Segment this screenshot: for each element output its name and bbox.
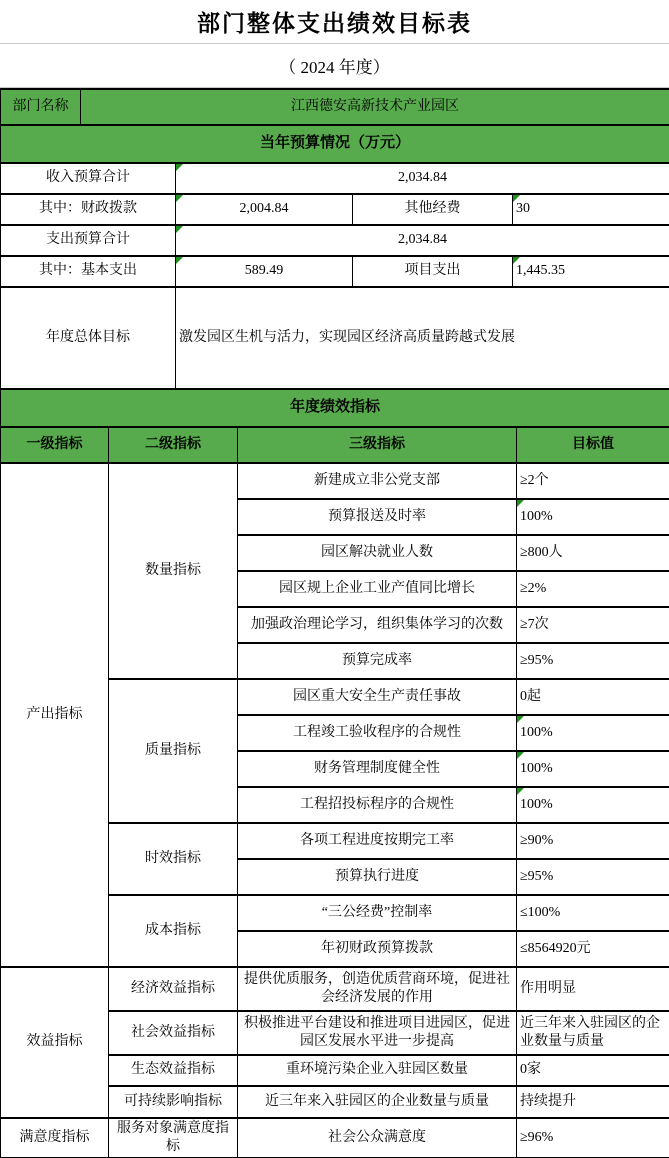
indicator-row: 效益指标 经济效益指标 提供优质服务，创造优质营商环境，促进社会经济发展的作用 … xyxy=(1,967,669,1011)
corner-marker-icon xyxy=(176,195,183,202)
indicator-name: 工程竣工验收程序的合规性 xyxy=(238,715,517,751)
other-funds-label: 其他经费 xyxy=(353,194,513,225)
department-value: 江西德安高新技术产业园区 xyxy=(81,89,669,125)
income-total-label: 收入预算合计 xyxy=(1,163,176,194)
corner-marker-icon xyxy=(513,257,520,264)
department-row: 部门名称 江西德安高新技术产业园区 xyxy=(1,89,669,125)
performance-target-sheet: 部门整体支出绩效目标表 （ 2024 年度） 部门名称 江西德安高新技术产业园区… xyxy=(0,0,669,1158)
indicator-name: 近三年来入驻园区的企业数量与质量 xyxy=(238,1086,517,1118)
corner-marker-icon xyxy=(513,195,520,202)
indicator-target: ≥95% xyxy=(517,643,669,679)
indicator-name: 园区解决就业人数 xyxy=(238,535,517,571)
page-subtitle: （ 2024 年度） xyxy=(0,44,669,88)
level1-satisfaction: 满意度指标 xyxy=(1,1118,109,1158)
level2-cost: 成本指标 xyxy=(109,895,238,967)
header-level1: 一级指标 xyxy=(1,427,109,463)
header-level2: 二级指标 xyxy=(109,427,238,463)
header-target: 目标值 xyxy=(517,427,669,463)
indicator-section-title: 年度绩效指标 xyxy=(1,389,669,427)
income-total-value: 2,034.84 xyxy=(176,163,669,194)
annual-goal-row: 年度总体目标 激发园区生机与活力，实现园区经济高质量跨越式发展 xyxy=(1,287,669,389)
expense-total-value: 2,034.84 xyxy=(176,225,669,256)
fiscal-allocation-amount: 2,004.84 xyxy=(240,201,289,216)
indicator-name: 社会公众满意度 xyxy=(238,1118,517,1158)
level2-quantity: 数量指标 xyxy=(109,463,238,679)
indicator-target-text: 100% xyxy=(520,797,553,812)
annual-goal-value: 激发园区生机与活力，实现园区经济高质量跨越式发展 xyxy=(176,287,669,389)
corner-marker-icon xyxy=(517,716,524,723)
indicator-name: 园区重大安全生产责任事故 xyxy=(238,679,517,715)
page-title: 部门整体支出绩效目标表 xyxy=(0,0,669,44)
project-expense-value: 1,445.35 xyxy=(513,256,669,287)
header-level3: 三级指标 xyxy=(238,427,517,463)
corner-marker-icon xyxy=(517,500,524,507)
level2-timeliness: 时效指标 xyxy=(109,823,238,895)
indicator-name: 各项工程进度按期完工率 xyxy=(238,823,517,859)
indicator-row: 产出指标 数量指标 新建成立非公党支部 ≥2个 xyxy=(1,463,669,499)
level2-ecological: 生态效益指标 xyxy=(109,1055,238,1086)
indicator-name: 新建成立非公党支部 xyxy=(238,463,517,499)
indicator-target: 作用明显 xyxy=(517,967,669,1011)
indicator-name: 预算执行进度 xyxy=(238,859,517,895)
budget-section-row: 当年预算情况（万元） xyxy=(1,125,669,163)
indicator-target: ≥90% xyxy=(517,823,669,859)
indicator-name: 积极推进平台建设和推进项目进园区，促进园区发展水平进一步提高 xyxy=(238,1011,517,1055)
budget-section-title: 当年预算情况（万元） xyxy=(1,125,669,163)
expense-detail-row: 其中：基本支出 589.49 项目支出 1,445.35 xyxy=(1,256,669,287)
indicator-target-text: 100% xyxy=(520,725,553,740)
indicator-target: 近三年来入驻园区的企业数量与质量 xyxy=(517,1011,669,1055)
indicator-name: 园区规上企业工业产值同比增长 xyxy=(238,571,517,607)
indicator-row: 满意度指标 服务对象满意度指标 社会公众满意度 ≥96% xyxy=(1,1118,669,1158)
level2-quality: 质量指标 xyxy=(109,679,238,823)
indicator-target: ≤100% xyxy=(517,895,669,931)
basic-expense-value: 589.49 xyxy=(176,256,353,287)
indicator-name: 财务管理制度健全性 xyxy=(238,751,517,787)
fiscal-allocation-label: 其中：财政拨款 xyxy=(1,194,176,225)
basic-expense-amount: 589.49 xyxy=(245,263,284,278)
income-detail-row: 其中：财政拨款 2,004.84 其他经费 30 xyxy=(1,194,669,225)
income-total-amount: 2,034.84 xyxy=(398,170,447,185)
performance-target-table: 部门名称 江西德安高新技术产业园区 当年预算情况（万元） 收入预算合计 2,03… xyxy=(0,88,669,1158)
indicator-name: 工程招投标程序的合规性 xyxy=(238,787,517,823)
indicator-target: 100% xyxy=(517,715,669,751)
level2-social: 社会效益指标 xyxy=(109,1011,238,1055)
indicator-name: “三公经费”控制率 xyxy=(238,895,517,931)
indicator-target: 100% xyxy=(517,499,669,535)
corner-marker-icon xyxy=(176,226,183,233)
level2-sustainable: 可持续影响指标 xyxy=(109,1086,238,1118)
basic-expense-label: 其中：基本支出 xyxy=(1,256,176,287)
indicator-name: 加强政治理论学习，组织集体学习的次数 xyxy=(238,607,517,643)
fiscal-allocation-value: 2,004.84 xyxy=(176,194,353,225)
indicator-target: ≥7次 xyxy=(517,607,669,643)
corner-marker-icon xyxy=(517,752,524,759)
project-expense-amount: 1,445.35 xyxy=(516,263,565,278)
indicator-name: 年初财政预算拨款 xyxy=(238,931,517,967)
indicator-target: ≥2% xyxy=(517,571,669,607)
indicator-target-text: 100% xyxy=(520,509,553,524)
indicator-header-row: 一级指标 二级指标 三级指标 目标值 xyxy=(1,427,669,463)
expense-total-row: 支出预算合计 2,034.84 xyxy=(1,225,669,256)
indicator-target: ≥800人 xyxy=(517,535,669,571)
indicator-section-row: 年度绩效指标 xyxy=(1,389,669,427)
indicator-target: 0家 xyxy=(517,1055,669,1086)
department-label: 部门名称 xyxy=(1,89,81,125)
project-expense-label: 项目支出 xyxy=(353,256,513,287)
level1-output: 产出指标 xyxy=(1,463,109,967)
annual-goal-label: 年度总体目标 xyxy=(1,287,176,389)
expense-total-amount: 2,034.84 xyxy=(398,232,447,247)
indicator-target: 0起 xyxy=(517,679,669,715)
corner-marker-icon xyxy=(176,257,183,264)
indicator-target-text: 100% xyxy=(520,761,553,776)
indicator-name: 预算报送及时率 xyxy=(238,499,517,535)
indicator-target: ≥96% xyxy=(517,1118,669,1158)
other-funds-amount: 30 xyxy=(516,201,530,216)
indicator-name: 提供优质服务，创造优质营商环境，促进社会经济发展的作用 xyxy=(238,967,517,1011)
level1-benefit: 效益指标 xyxy=(1,967,109,1118)
indicator-target: ≥95% xyxy=(517,859,669,895)
indicator-target: 持续提升 xyxy=(517,1086,669,1118)
indicator-name: 预算完成率 xyxy=(238,643,517,679)
expense-total-label: 支出预算合计 xyxy=(1,225,176,256)
indicator-target: ≥2个 xyxy=(517,463,669,499)
income-total-row: 收入预算合计 2,034.84 xyxy=(1,163,669,194)
indicator-target: 100% xyxy=(517,751,669,787)
indicator-target: 100% xyxy=(517,787,669,823)
corner-marker-icon xyxy=(176,164,183,171)
level2-service-satisfaction: 服务对象满意度指标 xyxy=(109,1118,238,1158)
indicator-target: ≤8564920元 xyxy=(517,931,669,967)
corner-marker-icon xyxy=(517,788,524,795)
indicator-name: 重环境污染企业入驻园区数量 xyxy=(238,1055,517,1086)
other-funds-value: 30 xyxy=(513,194,669,225)
level2-economic: 经济效益指标 xyxy=(109,967,238,1011)
